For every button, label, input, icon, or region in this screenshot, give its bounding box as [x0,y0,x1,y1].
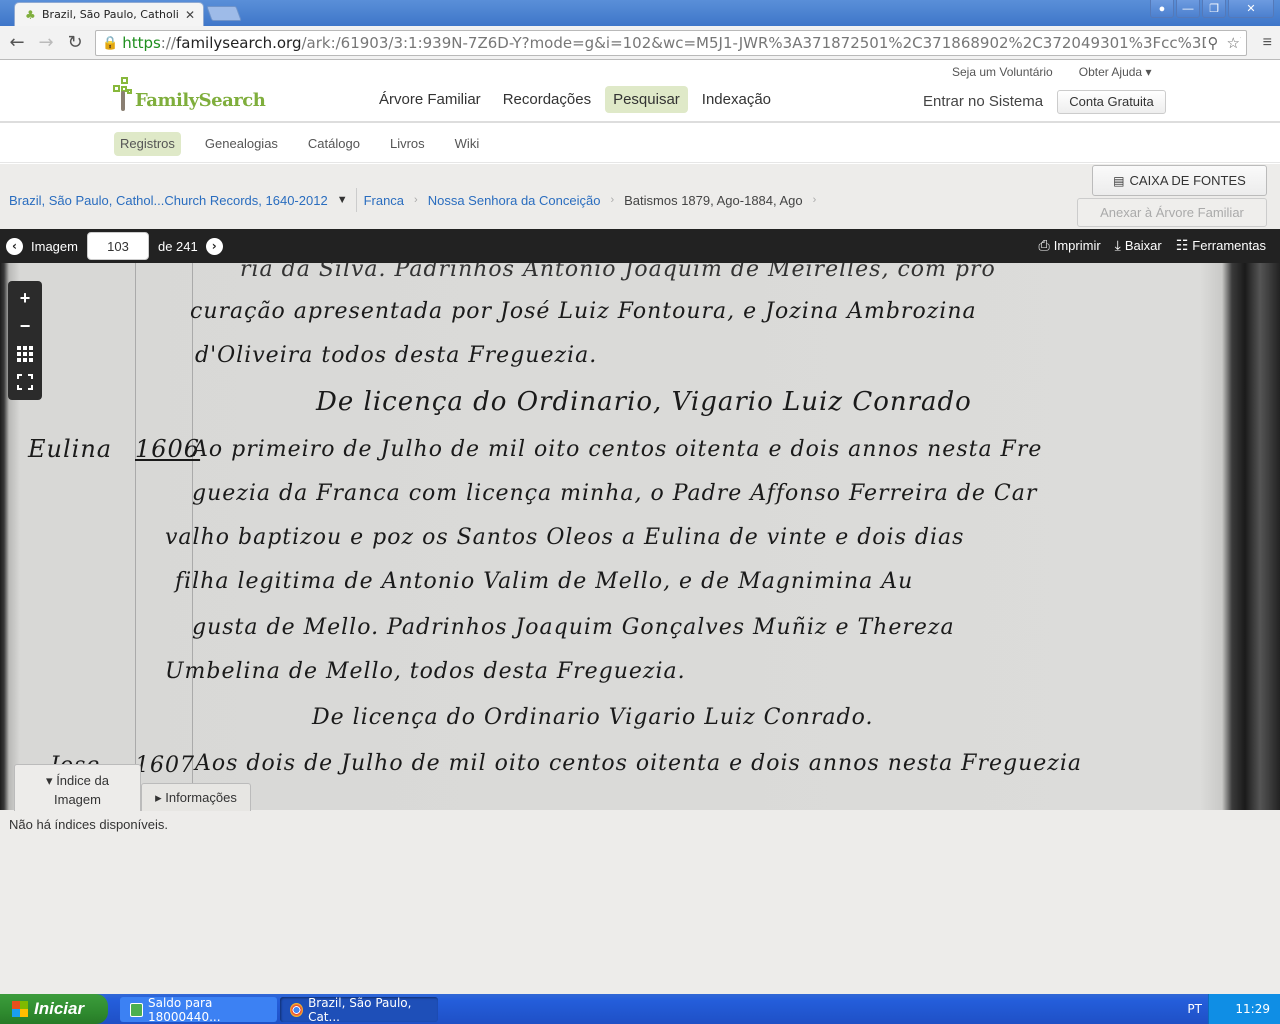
browser-tab[interactable]: ♣ Brazil, São Paulo, Catholic Ch ✕ [14,2,204,26]
gallery-view-button[interactable] [13,342,37,366]
print-label: Imprimir [1054,238,1101,253]
forward-arrow-icon: → [38,32,53,53]
omnibox-actions: ⚲ ☆ [1206,34,1240,52]
chevron-right-icon[interactable]: › [813,194,817,206]
url-host: familysearch.org [176,34,302,52]
familysearch-favicon: ♣ [25,9,37,21]
tab-image-index-label-2: Imagem [15,790,140,809]
breadcrumb-franca[interactable]: Franca [364,193,404,208]
taskbar-item-chrome[interactable]: Brazil, São Paulo, Cat... [280,997,438,1022]
browser-titlebar: ♣ Brazil, São Paulo, Catholic Ch ✕ ● — ❐… [0,0,1280,26]
volunteer-link[interactable]: Seja um Voluntário [952,65,1053,79]
no-index-message: Não há índices disponíveis. [9,817,168,832]
chrome-icon [290,1003,303,1017]
windows-flag-icon [12,1001,28,1017]
record-line: d'Oliveira todos desta Freguezia. [195,343,597,368]
record-image-viewer[interactable]: ria da Silva. Padrinhos Antonio Joaquim … [0,263,1280,810]
minus-icon: − [20,316,31,337]
system-tray: 11:29 [1208,994,1280,1024]
fullscreen-button[interactable] [13,370,37,394]
nav-search[interactable]: Pesquisar [605,86,688,113]
nav-indexing[interactable]: Indexação [694,86,779,113]
tools-button[interactable]: ☷ Ferramentas [1176,237,1266,254]
start-label: Iniciar [34,999,84,1019]
attach-to-tree-button[interactable]: Anexar à Árvore Familiar [1077,198,1267,227]
familysearch-logo[interactable]: FamilySearch [113,77,265,111]
minimize-button[interactable]: — [1176,0,1200,18]
download-label: Baixar [1125,238,1162,253]
archive-box-icon: ▤ [1113,174,1124,188]
image-label: Imagem [31,239,78,254]
reload-icon: ↻ [67,32,82,53]
breadcrumb: Brazil, São Paulo, Cathol...Church Recor… [9,188,826,212]
entry-number: 1606 [135,435,200,463]
chevron-right-icon: › [414,194,418,206]
record-line: Ao primeiro de Julho de mil oito centos … [192,437,1042,462]
record-line: guezia da Franca com licença minha, o Pa… [192,481,1037,506]
minimize-icon: — [1183,3,1194,15]
record-heading: De licença do Ordinario Vigario Luiz Con… [312,705,873,730]
restore-icon: ❐ [1209,2,1219,15]
logo-text: FamilySearch [135,90,265,111]
utility-links: Seja um Voluntário Obter Ajuda ▾ [952,65,1151,79]
tree-logo-icon [113,77,139,111]
main-nav: Árvore Familiar Recordações Pesquisar In… [371,86,779,113]
entry-number: 1607 [135,753,195,778]
breadcrumb-volume: Batismos 1879, Ago-1884, Ago [624,193,803,208]
record-line: Aos dois de Julho de mil oito centos oit… [195,751,1082,776]
app-window-icon [130,1003,143,1017]
user-profile-button[interactable]: ● [1150,0,1174,18]
scanned-record-page: ria da Silva. Padrinhos Antonio Joaquim … [0,263,1280,810]
back-button[interactable]: ← [5,31,29,55]
taskbar-item-label: Saldo para 18000440... [148,996,277,1024]
source-box-button[interactable]: ▤ CAIXA DE FONTES [1092,165,1267,196]
next-image-button[interactable]: › [206,238,223,255]
zoom-in-button[interactable]: + [13,287,37,311]
subnav-wiki[interactable]: Wiki [449,132,486,156]
subnav-records[interactable]: Registros [114,132,181,156]
tab-information-label: Informações [165,790,237,805]
collection-dropdown-icon[interactable]: ▼ [337,194,348,206]
nav-family-tree[interactable]: Árvore Familiar [371,86,489,113]
close-window-button[interactable]: ✕ [1228,0,1274,18]
chevron-right-icon: › [212,239,217,253]
url-path: /ark:/61903/3:1:939N-7Z6D-Y?mode=g&i=102… [301,34,1241,52]
sign-in-link[interactable]: Entrar no Sistema [923,93,1043,110]
zoom-controls: + − [8,281,42,400]
zoom-out-button[interactable]: − [13,315,37,339]
chevron-left-icon: ‹ [12,239,17,253]
record-line: ria da Silva. Padrinhos Antonio Joaquim … [240,263,996,282]
record-line: curação apresentada por José Luiz Fontou… [190,299,977,324]
fullscreen-icon [17,374,33,390]
image-total: de 241 [158,239,198,254]
url-scheme: https [122,34,161,52]
sliders-icon: ☷ [1176,237,1189,254]
breadcrumb-divider [356,188,357,212]
tab-image-index-label-1: Índice da [56,773,109,788]
breadcrumb-bar: Brazil, São Paulo, Cathol...Church Recor… [0,164,1280,229]
lock-icon: 🔒 [102,36,118,51]
caret-down-icon: ▾ [46,773,56,788]
browser-toolbar: ← → ↻ 🔒 https :// familysearch.org /ark:… [0,26,1280,60]
start-button[interactable]: Iniciar [0,994,108,1024]
margin-name: Eulina [28,435,112,463]
windows-taskbar: Iniciar Saldo para 18000440... Brazil, S… [0,994,1280,1024]
bookmark-star-icon[interactable]: ☆ [1227,34,1240,52]
free-account-button[interactable]: Conta Gratuita [1057,90,1166,114]
print-button[interactable]: ⎙ Imprimir [1039,237,1101,254]
breadcrumb-collection[interactable]: Brazil, São Paulo, Cathol...Church Recor… [9,193,328,208]
previous-image-button[interactable]: ‹ [6,238,23,255]
close-tab-icon[interactable]: ✕ [185,8,195,22]
subnav-genealogies[interactable]: Genealogias [199,132,284,156]
printer-icon: ⎙ [1039,237,1050,254]
subnav-catalog[interactable]: Catálogo [302,132,366,156]
record-line: gusta de Mello. Padrinhos Joaquim Gonçal… [192,615,955,640]
download-button[interactable]: ⤓ Baixar [1115,237,1162,254]
chevron-right-icon: › [610,194,614,206]
caret-right-icon: ▸ [155,790,165,805]
record-line: Umbelina de Mello, todos desta Freguezia… [165,659,686,684]
download-icon: ⤓ [1115,237,1121,254]
forward-button[interactable]: → [34,31,58,55]
grid-icon [17,346,33,362]
source-box-label: CAIXA DE FONTES [1130,173,1246,188]
reload-button[interactable]: ↻ [63,31,87,55]
record-heading: De licença do Ordinario, Vigario Luiz Co… [316,387,972,417]
address-bar[interactable]: 🔒 https :// familysearch.org /ark:/61903… [95,30,1247,56]
breadcrumb-parish[interactable]: Nossa Senhora da Conceição [428,193,601,208]
search-zoom-icon[interactable]: ⚲ [1208,34,1219,52]
hamburger-menu-icon: ≡ [1263,34,1272,51]
user-icon: ● [1159,3,1166,15]
back-arrow-icon: ← [9,32,24,53]
taskbar-item-saldo[interactable]: Saldo para 18000440... [120,997,277,1022]
tab-title: Brazil, São Paulo, Catholic Ch [42,8,179,21]
tools-label: Ferramentas [1192,238,1266,253]
tab-image-index[interactable]: ▾ Índice da Imagem [14,764,141,811]
get-help-dropdown[interactable]: Obter Ajuda ▾ [1079,65,1152,79]
image-number-input[interactable] [87,232,149,260]
site-header: FamilySearch Árvore Familiar Recordações… [0,60,1280,123]
window-controls: ● — ❐ ✕ [1150,0,1274,18]
restore-button[interactable]: ❐ [1202,0,1226,18]
plus-icon: + [20,288,31,309]
new-tab-button[interactable] [206,6,241,21]
nav-memories[interactable]: Recordações [495,86,599,113]
search-subnav: Registros Genealogias Catálogo Livros Wi… [0,123,1280,163]
record-line: valho baptizou e poz os Santos Oleos a E… [165,525,964,550]
tab-information[interactable]: ▸ Informações [141,783,251,811]
language-indicator[interactable]: PT [1187,1002,1202,1016]
taskbar-item-label: Brazil, São Paulo, Cat... [308,996,438,1024]
url-separator: :// [161,34,176,52]
clock[interactable]: 11:29 [1235,1002,1270,1016]
image-index-panel: Não há índices disponíveis. [0,810,1280,994]
chrome-menu-button[interactable]: ≡ [1263,34,1272,52]
record-line: filha legitima de Antonio Valim de Mello… [175,569,913,594]
subnav-books[interactable]: Livros [384,132,431,156]
close-window-icon: ✕ [1246,2,1255,15]
image-toolbar: ‹ Imagem de 241 › ⎙ Imprimir ⤓ Baixar ☷ … [0,229,1280,263]
